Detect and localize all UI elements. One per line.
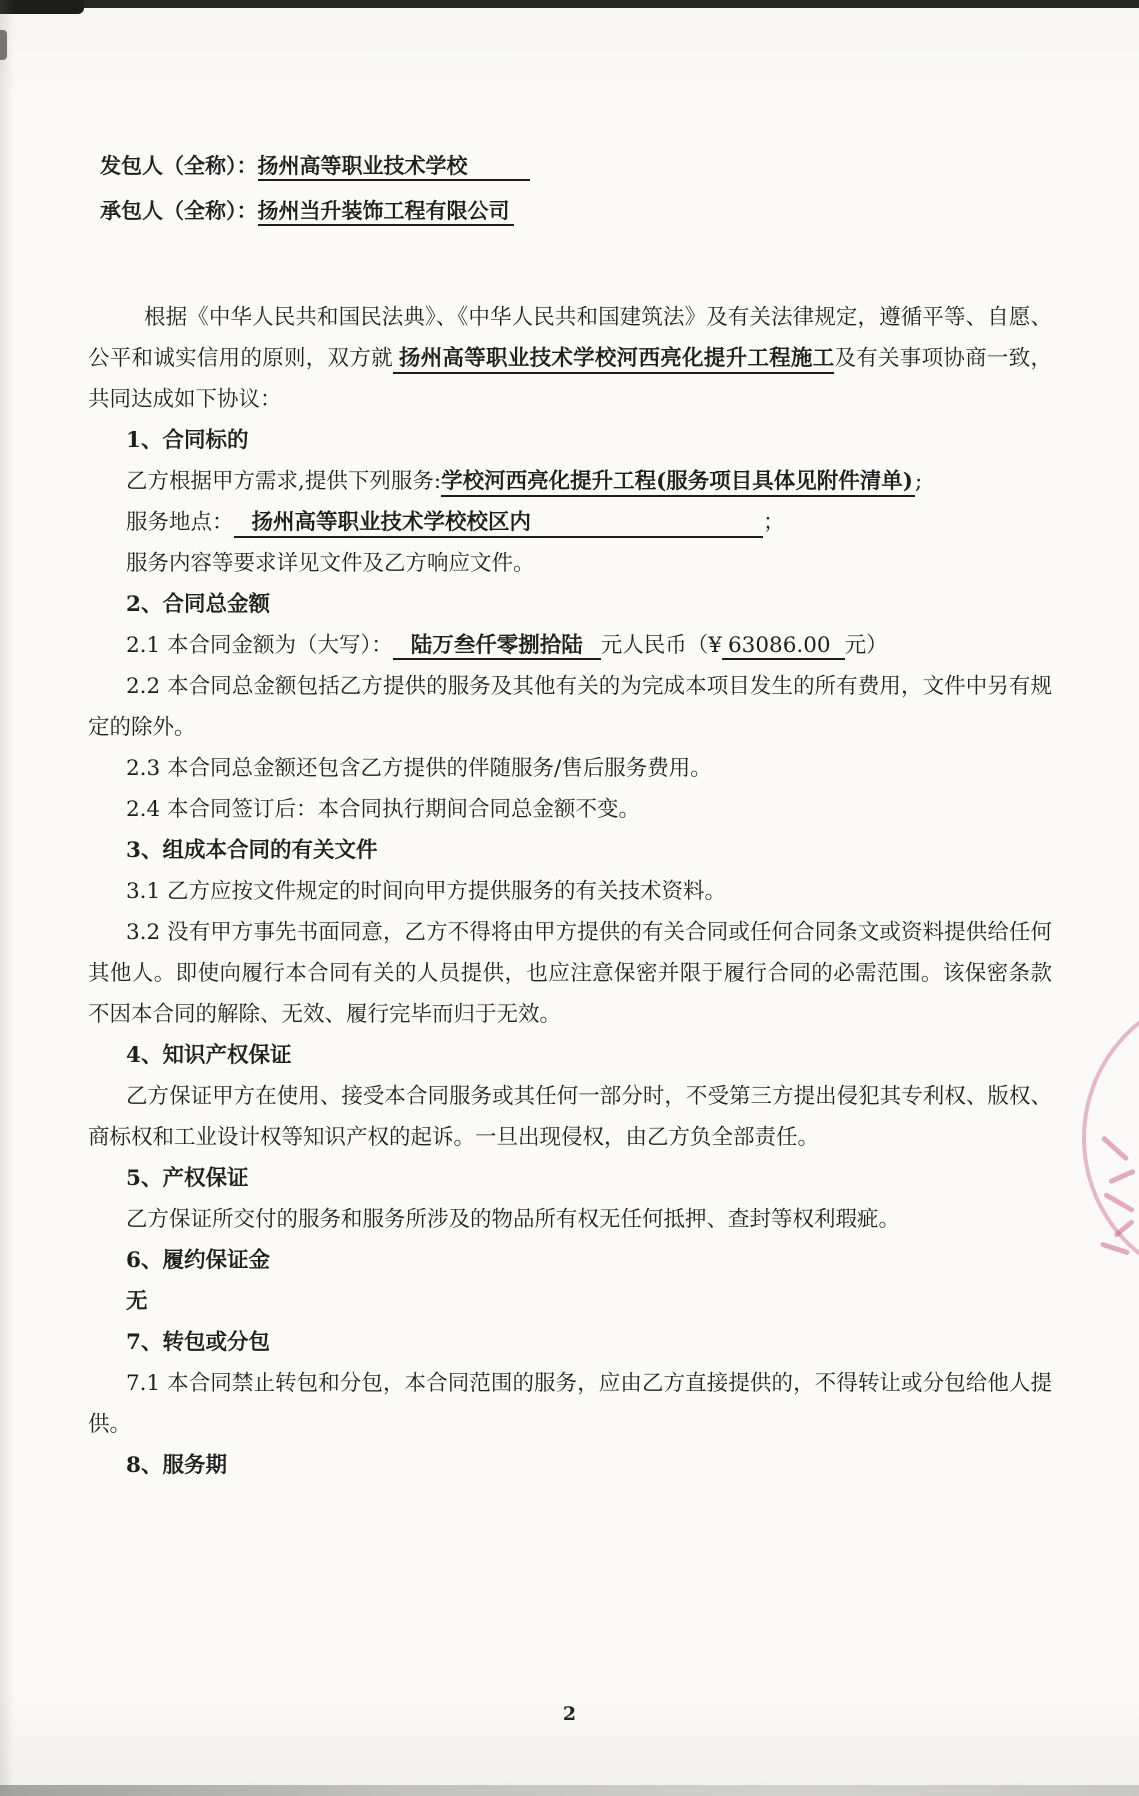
clause-1-service-pre: 乙方根据甲方需求,提供下列服务: xyxy=(126,469,441,494)
contract-scan-page: 发包人（全称）：扬州高等职业技术学校 承包人（全称）：扬州当升装饰工程有限公司 … xyxy=(0,0,1139,1796)
amount-in-figures-underlined: 63086.00 xyxy=(722,633,845,660)
clause-1-service-underlined: 学校河西亮化提升工程(服务项目具体见附件清单) xyxy=(441,469,915,497)
clause-2-1-mid: 元人民币（¥ xyxy=(601,633,722,658)
section-8-heading: 8、服务期 xyxy=(88,1445,1052,1486)
contractor-line: 承包人（全称）：扬州当升装饰工程有限公司 xyxy=(100,190,1052,231)
seal-character-stroke xyxy=(1101,1135,1130,1161)
clause-2-1-amount: 2.1 本合同金额为（大写）：陆万叁仟零捌拾陆元人民币（¥63086.00元） xyxy=(88,625,1052,666)
seal-character-stroke xyxy=(1103,1192,1135,1213)
clause-1-content-note: 服务内容等要求详见文件及乙方响应文件。 xyxy=(88,543,1052,584)
seal-character-stroke xyxy=(1100,1241,1130,1255)
clause-1-location-underlined: 扬州高等职业技术学校校区内 xyxy=(234,510,764,538)
section-3-heading: 3、组成本合同的有关文件 xyxy=(88,830,1052,871)
seal-character-stroke xyxy=(1108,1169,1136,1185)
seal-character-stroke xyxy=(1113,1219,1135,1238)
section-1-heading: 1、合同标的 xyxy=(88,420,1052,461)
clause-2-2: 2.2 本合同总金额包括乙方提供的服务及其他有关的为完成本项目发生的所有费用，文… xyxy=(88,666,1052,748)
project-name-underlined: 扬州高等职业技术学校河西亮化提升工程施工 xyxy=(393,346,835,374)
clause-6-none: 无 xyxy=(88,1281,1052,1322)
clause-5-1: 乙方保证所交付的服务和服务所涉及的物品所有权无任何抵押、查封等权利瑕疵。 xyxy=(88,1199,1052,1240)
clause-2-1-pre: 2.1 本合同金额为（大写）： xyxy=(126,633,393,658)
section-2-heading: 2、合同总金额 xyxy=(88,584,1052,625)
section-6-heading: 6、履约保证金 xyxy=(88,1240,1052,1281)
amount-in-words-underlined: 陆万叁仟零捌拾陆 xyxy=(393,633,601,660)
clause-2-3: 2.3 本合同总金额还包含乙方提供的伴随服务/售后服务费用。 xyxy=(88,748,1052,789)
employer-name: 扬州高等职业技术学校 xyxy=(258,153,530,181)
scan-artifact-top-edge xyxy=(0,0,1139,8)
clause-3-2: 3.2 没有甲方事先书面同意，乙方不得将由甲方提供的有关合同或任何合同条文或资料… xyxy=(88,912,1052,1035)
clause-1-location-label: 服务地点： xyxy=(126,510,234,535)
employer-label: 发包人（全称）： xyxy=(100,153,258,178)
clause-1-location-post: ； xyxy=(763,510,785,535)
preamble-paragraph: 根据《中华人民共和国民法典》、《中华人民共和国建筑法》及有关法律规定，遵循平等、… xyxy=(88,297,1052,420)
section-7-heading: 7、转包或分包 xyxy=(88,1322,1052,1363)
red-seal-stamp-partial xyxy=(1082,988,1139,1288)
employer-line: 发包人（全称）：扬州高等职业技术学校 xyxy=(100,145,1052,186)
seal-ring-arc xyxy=(1063,969,1139,1308)
scan-artifact-bottom-edge xyxy=(0,1785,1139,1796)
contractor-label: 承包人（全称）： xyxy=(100,198,258,223)
clause-4-1: 乙方保证甲方在使用、接受本合同服务或其任何一部分时，不受第三方提出侵犯其专利权、… xyxy=(88,1076,1052,1158)
clause-7-1: 7.1 本合同禁止转包和分包，本合同范围的服务，应由乙方直接提供的，不得转让或分… xyxy=(88,1363,1052,1445)
clause-1-service: 乙方根据甲方需求,提供下列服务:学校河西亮化提升工程(服务项目具体见附件清单); xyxy=(88,461,1052,502)
contract-body: 发包人（全称）：扬州高等职业技术学校 承包人（全称）：扬州当升装饰工程有限公司 … xyxy=(88,145,1052,1486)
page-number: 2 xyxy=(0,1703,1139,1725)
section-5-heading: 5、产权保证 xyxy=(88,1158,1052,1199)
clause-2-4: 2.4 本合同签订后：本合同执行期间合同总金额不变。 xyxy=(88,789,1052,830)
section-4-heading: 4、知识产权保证 xyxy=(88,1035,1052,1076)
clause-1-location: 服务地点：扬州高等职业技术学校校区内； xyxy=(88,502,1052,543)
clause-3-1: 3.1 乙方应按文件规定的时间向甲方提供服务的有关技术资料。 xyxy=(88,871,1052,912)
contractor-name: 扬州当升装饰工程有限公司 xyxy=(258,198,514,226)
scan-artifact-left-shade xyxy=(0,0,14,1796)
clause-1-service-post: ; xyxy=(915,469,922,494)
clause-2-1-post: 元） xyxy=(845,633,888,658)
